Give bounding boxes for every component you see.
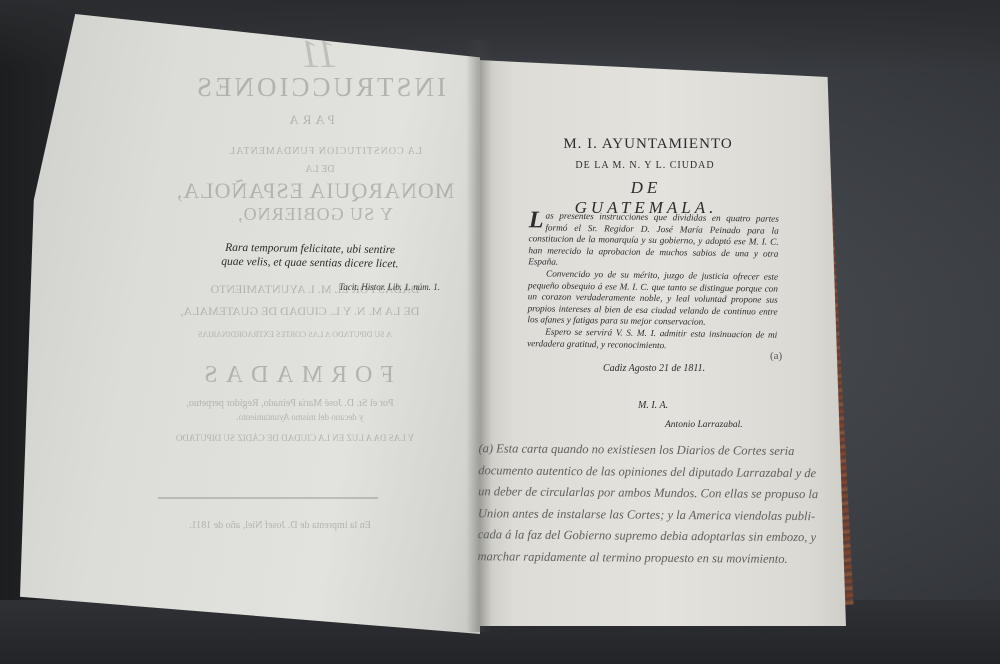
letter-body: Las presentes instrucciones que dividida… xyxy=(527,210,779,353)
paragraph: Convencido yo de su mérito, juzgo de jus… xyxy=(527,268,778,329)
bleed-line: Por el Sr. D. José María Peinado, Regido… xyxy=(120,398,460,409)
paragraph: Espero se servirá V. S. M. I. admitir es… xyxy=(527,326,777,353)
left-page xyxy=(20,14,480,634)
epigraph: Rara temporum felicitate, ubi sentire qu… xyxy=(190,240,430,271)
paragraph: Las presentes instrucciones que dividida… xyxy=(528,210,779,271)
bleed-title: INSTRUCCIONES xyxy=(180,72,460,103)
bleed-line: y decano del mismo Ayuntamiento. xyxy=(150,412,450,422)
bleed-formadas: FORMADAS xyxy=(165,362,425,389)
handwritten-page-number: 11 xyxy=(300,30,337,77)
handwritten-line: un deber de circularlas por ambos Mundos… xyxy=(478,481,878,506)
handwritten-line: cada á la faz del Gobierno supremo debia… xyxy=(478,524,878,549)
bleed-divider xyxy=(158,497,378,499)
signature: Antonio Larrazabal. xyxy=(665,420,743,430)
bleed-line: Y SU GOBIERNO, xyxy=(200,204,430,225)
bleed-imprint: En la imprenta de D. Josef Niel, año de … xyxy=(110,520,450,531)
drop-cap: L xyxy=(529,211,544,229)
handwritten-note: (a) Esta carta quando no existiesen los … xyxy=(477,438,878,570)
handwritten-line: marchar rapidamente al termino propuesto… xyxy=(477,546,877,571)
epigraph-citation: Tacit. Histor. Lib. 1. núm. 1. xyxy=(270,282,440,292)
bleed-line: Y LAS DA A LUZ EN LA CIUDAD DE CÁDIZ SU … xyxy=(125,433,465,443)
bleed-para: PARA xyxy=(250,112,370,128)
bleed-line: A SU DIPUTADO A LAS CORTES EXTRAORDINARI… xyxy=(160,330,430,339)
bleed-line: DE LA xyxy=(260,164,380,175)
annotation-mark: (a) xyxy=(770,350,782,362)
bleed-line: DE LA M. N. Y L. CIUDAD DE GUATEMALA, xyxy=(150,304,450,319)
bleed-line: LA CONSTITUCION FUNDAMENTAL xyxy=(210,146,440,157)
heading-ayuntamiento: M. I. AYUNTAMIENTO xyxy=(548,136,748,153)
handwritten-line: (a) Esta carta quando no existiesen los … xyxy=(478,438,878,463)
heading-ciudad: DE LA M. N. Y L. CIUDAD xyxy=(565,160,725,171)
bleed-line: MONARQUIA ESPAÑOLA, xyxy=(170,178,460,204)
salutation: M. I. A. xyxy=(638,400,668,411)
date-line: Cadiz Agosto 21 de 1811. xyxy=(603,363,705,374)
